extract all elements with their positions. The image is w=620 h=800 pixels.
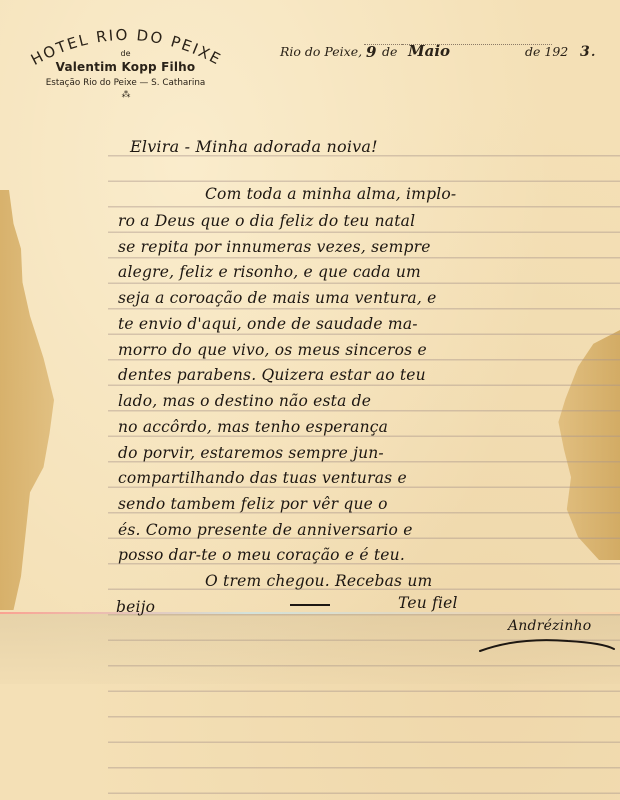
letter-line-14: és. Como presente de anniversario e xyxy=(118,521,413,539)
letter-page: HOTEL RIO DO PEIXE de Valentim Kopp Filh… xyxy=(0,0,620,800)
letterhead-address: Estação Rio do Peixe — S. Catharina xyxy=(18,78,233,88)
signature: Andrézinho xyxy=(508,618,591,634)
letter-line-16: O trem chegou. Recebas um xyxy=(205,572,432,590)
water-stain-left xyxy=(0,190,75,610)
letter-line-7: morro do que vivo, os meus sinceros e xyxy=(118,341,427,359)
letter-line-2: ro a Deus que o dia feliz do teu natal xyxy=(118,212,415,230)
letter-line-13: sendo tambem feliz por vêr que o xyxy=(118,495,388,513)
letterhead-owner: Valentim Kopp Filho xyxy=(18,60,233,74)
ornament-icon: ⁂ xyxy=(18,90,233,100)
letter-line-9: lado, mas o destino não esta de xyxy=(118,392,371,410)
signature-underline-icon xyxy=(478,635,618,655)
letter-line-12: compartilhando das tuas venturas e xyxy=(118,469,407,487)
closing-dash xyxy=(290,604,330,606)
letterhead: HOTEL RIO DO PEIXE de Valentim Kopp Filh… xyxy=(18,18,233,70)
date-month: Maio xyxy=(408,42,450,60)
date-de-1: de xyxy=(382,44,397,59)
letter-line-5: seja a coroação de mais uma ventura, e xyxy=(118,289,437,307)
letter-line-15: posso dar-te o meu coração e é teu. xyxy=(118,546,405,564)
letter-line-11: do porvir, estaremos sempre jun- xyxy=(118,444,384,462)
paper-fold xyxy=(0,612,620,614)
dateline: Rio do Peixe, 9 de Maio de 192 3 . xyxy=(280,44,610,68)
letter-line-8: dentes parabens. Quizera estar ao teu xyxy=(118,366,426,384)
closing: Teu fiel xyxy=(398,594,458,612)
letter-line-3: se repita por innumeras vezes, sempre xyxy=(118,238,431,256)
date-de-2: de 192 xyxy=(525,44,568,59)
letter-line-17: beijo xyxy=(116,598,155,616)
date-place: Rio do Peixe, xyxy=(280,44,362,59)
letter-line-10: no accôrdo, mas tenho esperança xyxy=(118,418,388,436)
letter-line-4: alegre, feliz e risonho, e que cada um xyxy=(118,263,421,281)
salutation: Elvira - Minha adorada noiva! xyxy=(130,137,378,156)
letter-line-6: te envio d'aqui, onde de saudade ma- xyxy=(118,315,418,333)
date-day: 9 xyxy=(366,43,376,61)
letterhead-de: de xyxy=(18,49,233,58)
date-year-digit: 3 xyxy=(580,44,590,60)
date-end: . xyxy=(591,44,595,59)
letter-line-1: Com toda a minha alma, implo- xyxy=(205,185,456,203)
